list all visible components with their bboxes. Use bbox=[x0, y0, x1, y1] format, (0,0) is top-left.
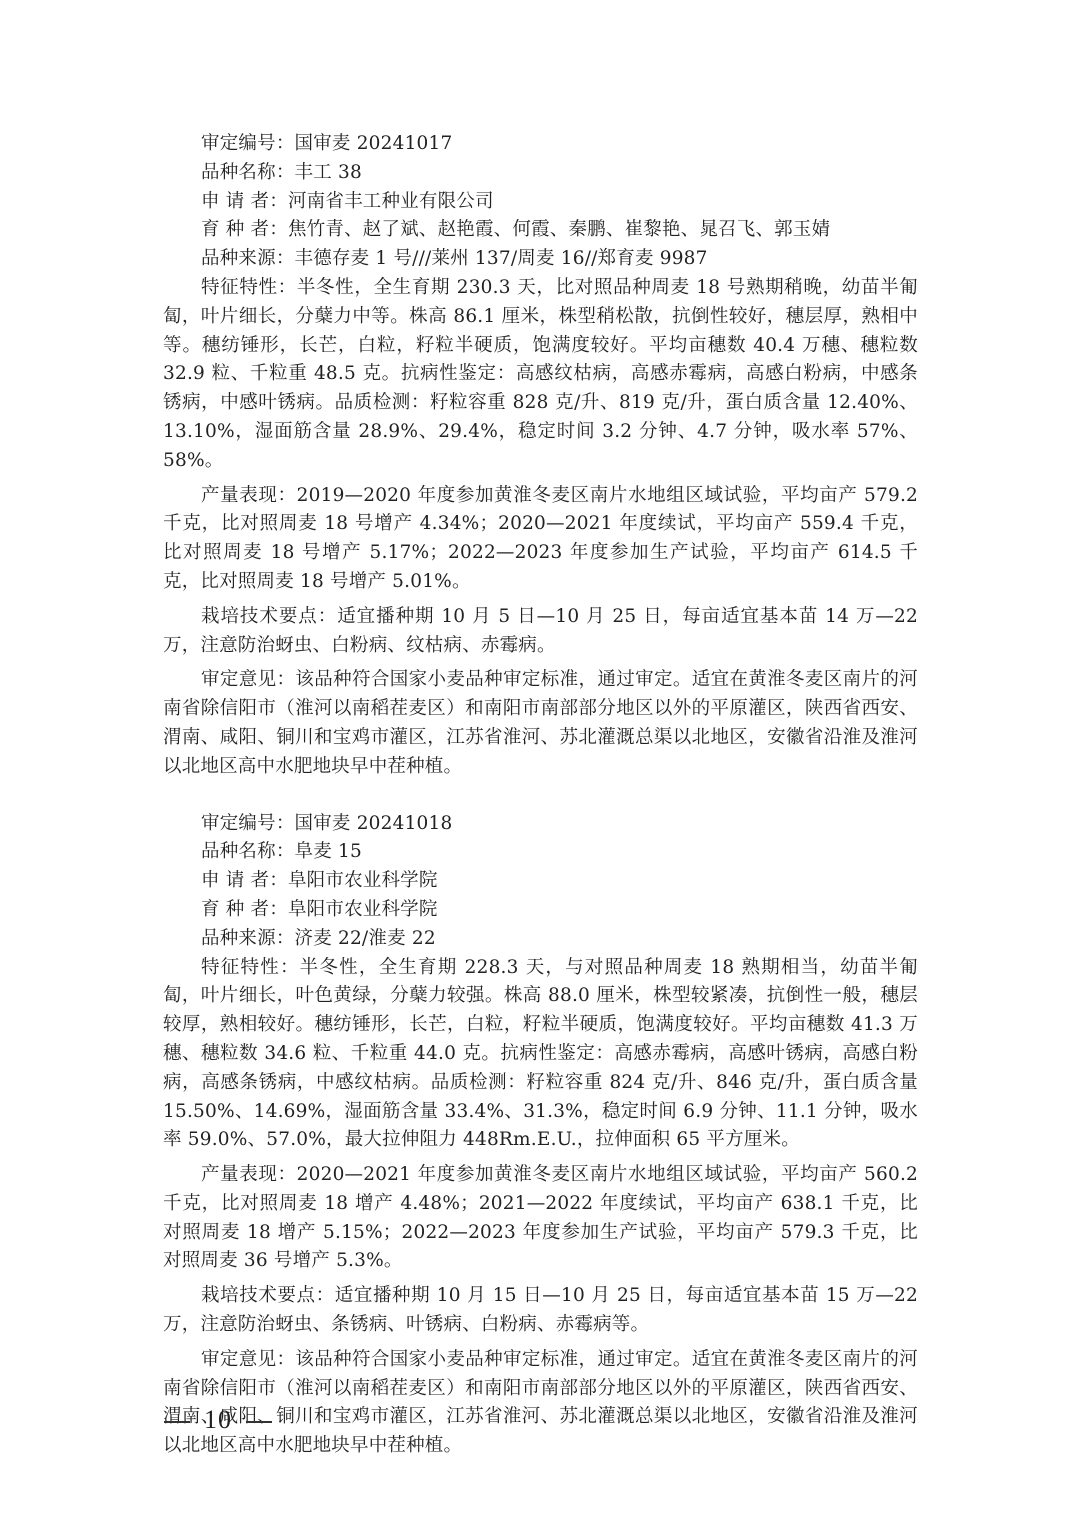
footer-dash-left bbox=[164, 1421, 190, 1423]
page-number: 10 bbox=[204, 1405, 232, 1434]
paragraph-text: 半冬性，全生育期 230.3 天，比对照品种周麦 18 号熟期稍晚，幼苗半匍匐，… bbox=[163, 277, 918, 471]
separator: ： bbox=[280, 957, 300, 978]
separator: ： bbox=[276, 813, 295, 834]
paragraph-yield: 产量表现：2020—2021 年度参加黄淮冬麦区南片水地组区域试验，平均亩产 5… bbox=[163, 1161, 918, 1276]
field-label: 品种名称 bbox=[201, 841, 276, 862]
separator: ： bbox=[269, 219, 288, 240]
field-value: 阜阳市农业科学院 bbox=[288, 870, 438, 891]
paragraph-cultivation: 栽培技术要点：适宜播种期 10 月 15 日—10 月 25 日，每亩适宜基本苗… bbox=[163, 1282, 918, 1340]
paragraph-text: 半冬性，全生育期 228.3 天，与对照品种周麦 18 熟期相当，幼苗半匍匐，叶… bbox=[163, 957, 918, 1151]
separator: ： bbox=[276, 162, 295, 183]
field-label: 育 种 者 bbox=[201, 899, 269, 920]
field-label: 育 种 者 bbox=[201, 219, 269, 240]
field-value: 丰工 38 bbox=[295, 162, 362, 183]
field-approval-number: 审定编号：国审麦 20241018 bbox=[163, 810, 918, 839]
separator: ： bbox=[316, 1285, 335, 1306]
field-breeders: 育 种 者：焦竹青、赵了斌、赵艳霞、何霞、秦鹏、崔黎艳、晁召飞、郭玉婧 bbox=[163, 216, 918, 245]
separator: ： bbox=[269, 899, 288, 920]
field-value: 国审麦 20241017 bbox=[295, 133, 453, 154]
separator: ： bbox=[278, 277, 297, 298]
paragraph-label: 产量表现 bbox=[201, 485, 278, 506]
separator: ： bbox=[276, 928, 295, 949]
separator: ： bbox=[269, 191, 288, 212]
field-label: 品种来源 bbox=[201, 248, 276, 269]
field-value: 济麦 22/淮麦 22 bbox=[295, 928, 436, 949]
field-variety-source: 品种来源：济麦 22/淮麦 22 bbox=[163, 925, 918, 954]
separator: ： bbox=[276, 841, 295, 862]
paragraph-label: 审定意见 bbox=[201, 1349, 277, 1370]
paragraph-label: 特征特性 bbox=[201, 277, 278, 298]
separator: ： bbox=[278, 1164, 297, 1185]
field-value: 丰德存麦 1 号///莱州 137/周麦 16//郑育麦 9987 bbox=[295, 248, 708, 269]
separator: ： bbox=[318, 606, 337, 627]
paragraph-label: 产量表现 bbox=[201, 1164, 278, 1185]
field-variety-name: 品种名称：阜麦 15 bbox=[163, 838, 918, 867]
field-label: 申 请 者 bbox=[201, 191, 269, 212]
paragraph-cultivation: 栽培技术要点：适宜播种期 10 月 5 日—10 月 25 日，每亩适宜基本苗 … bbox=[163, 603, 918, 661]
page-footer: 10 bbox=[150, 1405, 286, 1435]
paragraph-label: 栽培技术要点 bbox=[201, 606, 318, 627]
field-label: 审定编号 bbox=[201, 133, 276, 154]
field-value: 焦竹青、赵了斌、赵艳霞、何霞、秦鹏、崔黎艳、晁召飞、郭玉婧 bbox=[288, 219, 830, 240]
variety-entry-2: 审定编号：国审麦 20241018 品种名称：阜麦 15 申 请 者：阜阳市农业… bbox=[163, 810, 918, 1462]
paragraph-characteristics: 特征特性：半冬性，全生育期 228.3 天，与对照品种周麦 18 熟期相当，幼苗… bbox=[163, 954, 918, 1156]
field-applicant: 申 请 者：阜阳市农业科学院 bbox=[163, 867, 918, 896]
separator: ： bbox=[276, 133, 295, 154]
field-value: 河南省丰工种业有限公司 bbox=[288, 191, 494, 212]
separator: ： bbox=[276, 248, 295, 269]
field-label: 品种名称 bbox=[201, 162, 276, 183]
field-label: 申 请 者 bbox=[201, 870, 269, 891]
field-variety-source: 品种来源：丰德存麦 1 号///莱州 137/周麦 16//郑育麦 9987 bbox=[163, 245, 918, 274]
field-value: 阜阳市农业科学院 bbox=[288, 899, 438, 920]
field-applicant: 申 请 者：河南省丰工种业有限公司 bbox=[163, 188, 918, 217]
field-variety-name: 品种名称：丰工 38 bbox=[163, 159, 918, 188]
field-label: 审定编号 bbox=[201, 813, 276, 834]
paragraph-label: 特征特性 bbox=[201, 957, 280, 978]
field-value: 国审麦 20241018 bbox=[295, 813, 453, 834]
document-page: 审定编号：国审麦 20241017 品种名称：丰工 38 申 请 者：河南省丰工… bbox=[163, 130, 918, 1461]
paragraph-label: 栽培技术要点 bbox=[201, 1285, 316, 1306]
separator: ： bbox=[278, 485, 297, 506]
paragraph-approval-opinion: 审定意见：该品种符合国家小麦品种审定标准，通过审定。适宜在黄淮冬麦区南片的河南省… bbox=[163, 666, 918, 781]
separator: ： bbox=[277, 669, 296, 690]
field-approval-number: 审定编号：国审麦 20241017 bbox=[163, 130, 918, 159]
paragraph-approval-opinion: 审定意见：该品种符合国家小麦品种审定标准，通过审定。适宜在黄淮冬麦区南片的河南省… bbox=[163, 1346, 918, 1461]
footer-dash-right bbox=[246, 1421, 272, 1423]
separator: ： bbox=[269, 870, 288, 891]
paragraph-characteristics: 特征特性：半冬性，全生育期 230.3 天，比对照品种周麦 18 号熟期稍晚，幼… bbox=[163, 274, 918, 476]
paragraph-yield: 产量表现：2019—2020 年度参加黄淮冬麦区南片水地组区域试验，平均亩产 5… bbox=[163, 482, 918, 597]
field-value: 阜麦 15 bbox=[295, 841, 362, 862]
variety-entry-1: 审定编号：国审麦 20241017 品种名称：丰工 38 申 请 者：河南省丰工… bbox=[163, 130, 918, 782]
field-label: 品种来源 bbox=[201, 928, 276, 949]
field-breeders: 育 种 者：阜阳市农业科学院 bbox=[163, 896, 918, 925]
separator: ： bbox=[277, 1349, 296, 1370]
paragraph-label: 审定意见 bbox=[201, 669, 277, 690]
